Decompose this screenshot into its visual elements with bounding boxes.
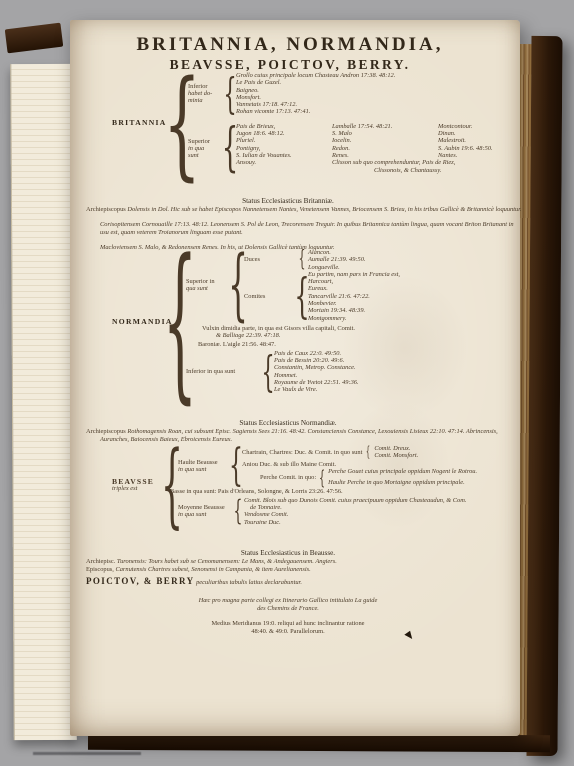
britannia-status-paragraph-1: Archiepiscopus Dolensis in Dol. Hic sub …	[86, 206, 524, 214]
tree-item: Monsfort.	[236, 94, 395, 101]
tree-item: Harcourt,	[308, 278, 400, 285]
tree-item: Montgommery.	[308, 315, 400, 322]
tree-item: Pais de Caux 22:0. 49:50.	[274, 350, 359, 357]
tree-item: Aumalle 21:39. 49:50.	[308, 256, 366, 263]
tree-item: Pontigny,	[236, 145, 332, 152]
tree-item: Touraine Duc.	[244, 519, 466, 526]
normandia-status-paragraph: Archiepiscopus Rothomagensis Roan, cui s…	[86, 428, 526, 443]
tree-item: de Tonnaire.	[250, 504, 466, 511]
tree-item: Dinan.	[438, 130, 456, 137]
haulte-label: Haulte Beausse in qua sunt	[178, 459, 230, 473]
tree-item: Montcontour.	[438, 123, 472, 130]
book-cover-spine	[526, 36, 562, 756]
tree-item: Eureux.	[308, 285, 400, 292]
britannia-status-paragraph-2: Corisopitensem Cornouaille 17:13. 48:12.…	[86, 221, 520, 236]
tree-item: Baigneo.	[236, 87, 395, 94]
poictou-berry-line: POICTOV, & BERRY peculiaribus tabulis la…	[86, 578, 516, 587]
tree-item: Pluriel.	[236, 137, 332, 144]
britannia-tree: BRITANNIA { Inferior habet do- minia { G…	[112, 72, 493, 174]
beausse-tree: BEAVSSE triplex est { Haulte Beausse in …	[112, 445, 477, 526]
duces-label: Duces	[244, 256, 296, 263]
tree-item: Vannetais 17:18. 47:12.	[236, 101, 395, 108]
tree-item: Clissonois, & Chantaussy.	[374, 167, 441, 174]
normandia-superior-group: Superior in qua sunt { Duces { Alancon. …	[186, 249, 400, 322]
normandia-inferior-group: Inferior in qua sunt { Pais de Caux 22:0…	[186, 350, 400, 394]
page-title-line2: BEAVSSE, POICTOV, BERRY.	[70, 57, 510, 73]
book-page: BRITANNIA, NORMANDIA, BEAVSSE, POICTOV, …	[70, 20, 520, 736]
chartrain-group: Chartrain, Chartres: Duc. & Comit. in qu…	[242, 445, 477, 460]
baronia-line: Baroniæ. L'aigle 21:56. 48:47.	[198, 341, 400, 348]
britannia-status-heading: Status Ecclesiasticus Britanniæ.	[70, 197, 506, 205]
beausse-status-heading: Status Ecclesiasticus in Beausse.	[70, 549, 506, 557]
comites-brace: {	[296, 271, 308, 322]
collection-note-line-1: Hæc pro magna parte collegi ex Itinerari…	[70, 597, 506, 605]
tree-item: S. Aubin 19:6. 48:50.	[438, 145, 493, 152]
tree-item: Le Pais de Guzel.	[236, 79, 395, 86]
tree-item: Redon.	[332, 145, 438, 152]
meridian-note-line-2: 48:40. & 49:0. Parallelorum.	[70, 628, 506, 636]
tree-item: Le Vaulx de Vire.	[274, 386, 359, 393]
tree-item: Alancon.	[308, 249, 366, 256]
tree-item: Comit. Monsfort.	[374, 452, 418, 459]
tree-item: Rohan vicomte 17:13. 47:41.	[236, 108, 395, 115]
page-title-line1: BRITANNIA, NORMANDIA,	[70, 34, 510, 56]
tree-item: S. Malo	[332, 130, 438, 137]
tree-item: Vendosme Comit.	[244, 511, 466, 518]
copyright-smudge	[33, 752, 141, 755]
normandia-tree: NORMANDIA { Superior in qua sunt { Duces…	[112, 249, 400, 394]
tree-item: Malestroit.	[438, 137, 466, 144]
inferior-label: Inferior in qua sunt	[186, 368, 262, 375]
collection-note-line-2: des Chemins de France.	[70, 605, 506, 613]
tree-item: Comit. Dreux.	[374, 445, 418, 452]
chartrain-brace: {	[362, 445, 374, 460]
inferior-brace: {	[262, 350, 274, 394]
tree-item: Monbevier.	[308, 300, 400, 307]
britannia-brace: {	[176, 72, 188, 174]
tree-item: Longueville.	[308, 264, 366, 271]
tree-item: Tancarville 21:6. 47:22.	[308, 293, 400, 300]
tree-item: S. Iulian de Vouantes.	[236, 152, 332, 159]
britannia-inferior-group: Inferior habet do- minia { Grollo cuius …	[188, 72, 493, 116]
photo-backdrop: BRITANNIA, NORMANDIA, BEAVSSE, POICTOV, …	[0, 0, 574, 766]
tree-item: Perche Gouet cuius principale oppidum No…	[328, 468, 477, 475]
tree-item: Jugon 18:6. 48:12.	[236, 130, 332, 137]
haulte-brace: {	[230, 445, 242, 486]
tree-item: Ansouy.	[236, 159, 332, 166]
tree-item: Nantes.	[438, 152, 457, 159]
duces-group: Duces { Alancon. Aumalle 21:39. 49:50. L…	[244, 249, 400, 271]
moyenne-beausse-group: Moyenne Beausse in qua sunt { Comit. Blo…	[178, 497, 477, 526]
tree-item: Lamballe 17:54. 48:21.	[332, 123, 438, 130]
haulte-beausse-group: Haulte Beausse in qua sunt { Chartrain, …	[178, 445, 477, 486]
tree-item: Mortain 19:34. 48:39.	[308, 307, 400, 314]
basse-line: Basse in qua sunt: Pais d'Orleans, Solon…	[170, 488, 477, 495]
superior-brace: {	[232, 249, 244, 322]
tree-item: Pais de Bessin 20:20. 49:6.	[274, 357, 359, 364]
left-page-stack-edge	[10, 64, 77, 740]
superior-brace: {	[224, 123, 236, 174]
tree-item: Comit. Blois sub quo Dunois Comit. cuius…	[244, 497, 466, 504]
comites-group: Comites { Eu partim, nam pars in Francia…	[244, 271, 400, 322]
tree-item: Renes.	[332, 152, 438, 159]
tree-item: Constantin, Metrop. Constance.	[274, 364, 359, 371]
britannia-superior-group: Superior in qua sunt { Pais de Brieux,La…	[188, 123, 493, 174]
tree-item: Clisson sub quo comprehenduntur, Pais de…	[332, 159, 455, 166]
beausse-status-paragraph-1: Archiepisc. Turonensis: Tours habet sub …	[86, 558, 512, 566]
perche-group: Perche Comit. in quo: { Perche Gouet cui…	[260, 468, 477, 487]
beausse-label: BEAVSSE triplex est	[112, 478, 166, 492]
chartrain-label: Chartrain, Chartres: Duc. & Comit. in qu…	[242, 449, 362, 456]
meridian-note-line-1: Medius Meridianus 19:0. reliqui ad hunc …	[70, 620, 506, 628]
vulxin-line-2: & Balliage 22:39. 47:18.	[216, 332, 400, 339]
tree-item: Iocelin.	[332, 137, 438, 144]
perche-label: Perche Comit. in quo:	[260, 474, 316, 481]
tree-item: Haulte Perche in quo Mortaigne oppidum p…	[328, 479, 477, 486]
normandia-status-heading: Status Ecclesiasticus Normandiæ.	[70, 419, 506, 427]
tree-item: Hommet.	[274, 372, 359, 379]
beausse-status-paragraph-2: Episcopus, Carnutensis Chartres subest, …	[86, 566, 512, 574]
book-cover-corner	[5, 23, 64, 54]
comites-label: Comites	[244, 293, 296, 300]
normandia-brace: {	[174, 249, 186, 394]
moyenne-brace: {	[232, 497, 244, 526]
tree-item: Pais de Brieux,	[236, 123, 332, 130]
aniou-line: Aniou Duc. & sub illo Maine Comit.	[242, 461, 477, 468]
beausse-brace: {	[166, 445, 178, 526]
tree-item: Eu partim, nam pars in Francia est,	[308, 271, 400, 278]
tree-item: Royaume de Yvetot 22:51. 49:36.	[274, 379, 359, 386]
inferior-brace: {	[224, 72, 236, 116]
moyenne-label: Moyenne Beausse in qua sunt	[178, 504, 232, 518]
tree-item: Grollo cuius principale locum Chasteau A…	[236, 72, 395, 79]
perche-brace: {	[316, 468, 328, 487]
